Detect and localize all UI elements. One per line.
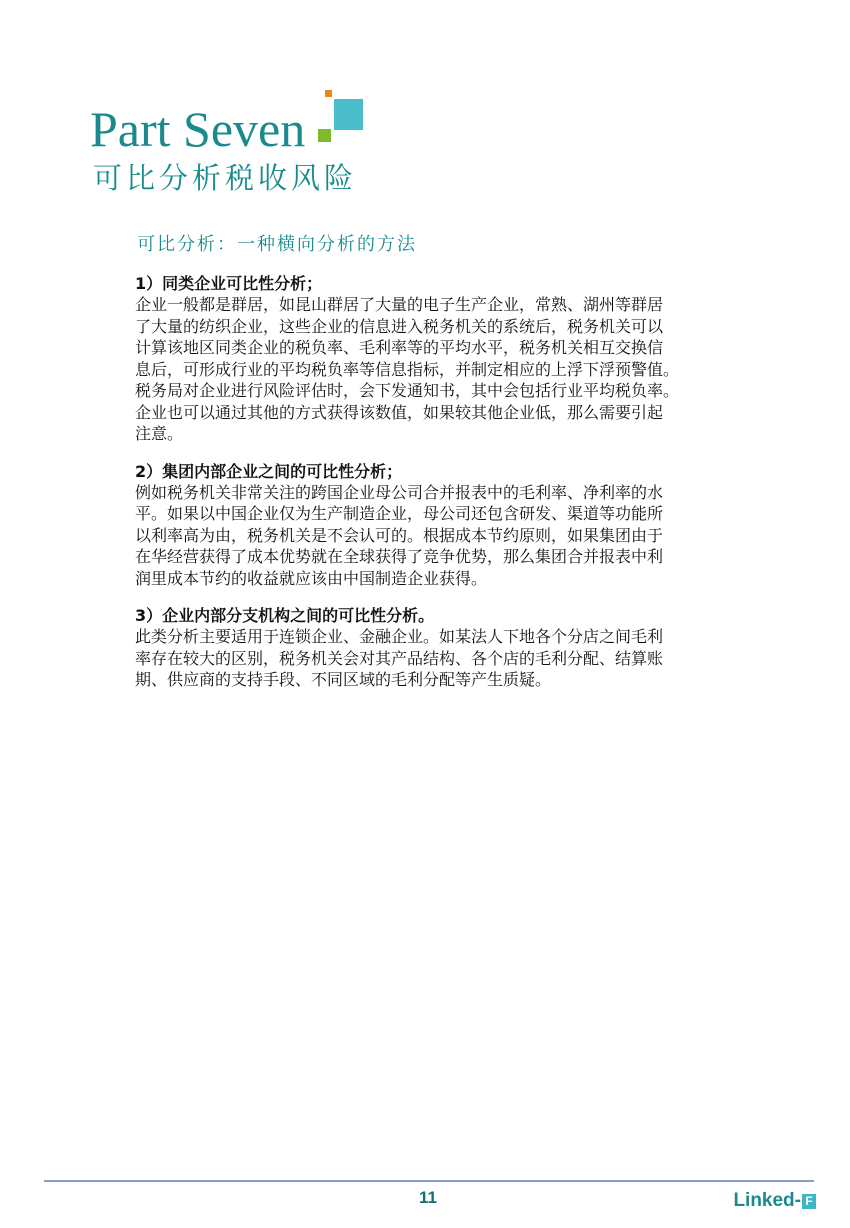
analysis-block-branches: 3）企业内部分支机构之间的可比性分析。 此类分析主要适用于连锁企业、金融企业。如… [135, 605, 725, 691]
paragraph-line: 润里成本节约的收益就应该由中国制造企业获得。 [135, 568, 725, 590]
paragraph-line: 期、供应商的支持手段、不同区域的毛利分配等产生质疑。 [135, 669, 725, 691]
part-title: Part Seven [90, 101, 305, 157]
analysis-block-same-industry: 1）同类企业可比性分析； 企业一般都是群居，如昆山群居了大量的电子生产企业，常熟… [135, 273, 725, 445]
paragraph-line: 息后，可形成行业的平均税负率等信息指标，并制定相应的上浮下浮预警值。 [135, 359, 725, 381]
paragraph-line: 注意。 [135, 423, 725, 445]
paragraph-line: 平。如果以中国企业仅为生产制造企业，母公司还包含研发、渠道等功能所 [135, 503, 725, 525]
paragraph-line: 在华经营获得了成本优势就在全球获得了竞争优势，那么集团合并报表中利 [135, 546, 725, 568]
paragraph-line: 企业一般都是群居，如昆山群居了大量的电子生产企业，常熟、湖州等群居 [135, 294, 725, 316]
block-title: 2）集团内部企业之间的可比性分析； [135, 461, 725, 482]
orange-square-decoration [325, 90, 332, 97]
brand-f-icon: F [802, 1194, 816, 1209]
brand-logo: Linked- F [733, 1190, 816, 1212]
part-subtitle: 可比分析税收风险 [93, 160, 357, 196]
paragraph-line: 以利率高为由，税务机关是不会认可的。根据成本节约原则，如果集团由于 [135, 525, 725, 547]
block-title: 1）同类企业可比性分析； [135, 273, 725, 294]
paragraph-line: 例如税务机关非常关注的跨国企业母公司合并报表中的毛利率、净利率的水 [135, 482, 725, 504]
section-heading: 可比分析：一种横向分析的方法 [137, 232, 417, 258]
footer-divider [44, 1180, 814, 1182]
paragraph-line: 了大量的纺织企业，这些企业的信息进入税务机关的系统后，税务机关可以 [135, 316, 725, 338]
analysis-block-group-internal: 2）集团内部企业之间的可比性分析； 例如税务机关非常关注的跨国企业母公司合并报表… [135, 461, 725, 590]
section-content: 1）同类企业可比性分析； 企业一般都是群居，如昆山群居了大量的电子生产企业，常熟… [135, 273, 725, 707]
paragraph-line: 企业也可以通过其他的方式获得该数值，如果较其他企业低，那么需要引起 [135, 402, 725, 424]
page-number: 11 [413, 1188, 443, 1208]
paragraph-line: 率存在较大的区别，税务机关会对其产品结构、各个店的毛利分配、结算账 [135, 648, 725, 670]
teal-square-decoration [334, 99, 363, 130]
block-title: 3）企业内部分支机构之间的可比性分析。 [135, 605, 725, 626]
paragraph-line: 计算该地区同类企业的税负率、毛利率等的平均水平，税务机关相互交换信 [135, 337, 725, 359]
green-square-decoration [318, 129, 331, 142]
paragraph-line: 税务局对企业进行风险评估时，会下发通知书，其中会包括行业平均税负率。 [135, 380, 725, 402]
paragraph-line: 此类分析主要适用于连锁企业、金融企业。如某法人下地各个分店之间毛利 [135, 626, 725, 648]
brand-text: Linked- [733, 1190, 801, 1212]
